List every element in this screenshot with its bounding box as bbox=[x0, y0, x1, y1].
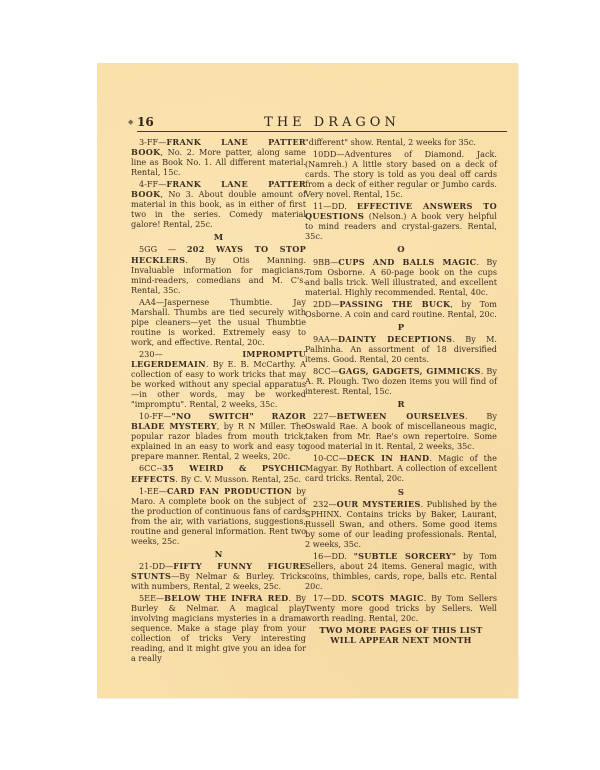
entry-code: 11—DD. bbox=[313, 201, 357, 211]
catalog-entry: 10DD—Adventures of Diamond. Jack. (Namre… bbox=[305, 149, 497, 199]
entry-description: "different" show. Rental, 2 weeks for 35… bbox=[305, 137, 476, 147]
entry-code: 16—DD. bbox=[313, 551, 354, 561]
catalog-entry: 230— IMPROMPTU LEGERDEMAIN. By E. B. McC… bbox=[131, 349, 306, 409]
magazine-page: ◆ 16 THE DRAGON 3-FF—FRANK LANE PATTER B… bbox=[97, 63, 518, 698]
section-letter: M bbox=[131, 233, 306, 243]
catalog-entry: 16—DD. "SUBTLE SORCERY" by Tom Sellers, … bbox=[305, 551, 497, 591]
entry-title: CARD FAN PRODUCTION bbox=[167, 486, 292, 496]
section-letter: P bbox=[305, 323, 497, 333]
entry-title: DAINTY DECEPTIONS bbox=[338, 334, 452, 344]
entry-title: BELOW THE INFRA RED bbox=[164, 593, 288, 603]
catalog-entry: 3-FF—FRANK LANE PATTER BOOK, No. 2. More… bbox=[131, 137, 306, 177]
entry-description: . By Burley & Nelmar. A magical play inv… bbox=[131, 593, 306, 663]
entry-title: OUR MYSTERIES bbox=[337, 499, 421, 509]
publication-title: THE DRAGON bbox=[137, 115, 507, 130]
entry-title: GAGS, GADGETS, GIMMICKS bbox=[339, 366, 481, 376]
catalog-entry: 17—DD. SCOTS MAGIC. By Tom Sellers Twent… bbox=[305, 593, 497, 623]
catalog-entry: 21-DD—FIFTY FUNNY FIGURE STUNTS—By Nelma… bbox=[131, 561, 306, 591]
entry-code: 5EE— bbox=[139, 593, 164, 603]
right-column: "different" show. Rental, 2 weeks for 35… bbox=[305, 137, 497, 645]
catalog-entry: 9BB—CUPS AND BALLS MAGIC. By Tom Osborne… bbox=[305, 257, 497, 297]
entry-code: 17—DD. bbox=[313, 593, 352, 603]
entry-title: PASSING THE BUCK bbox=[339, 299, 450, 309]
catalog-entry: AA4—Jaspernese Thumbtie. Jay Marshall. T… bbox=[131, 297, 306, 347]
entry-code: 3-FF— bbox=[139, 137, 166, 147]
section-letter: O bbox=[305, 245, 497, 255]
catalog-entry: 8CC—GAGS, GADGETS, GIMMICKS. By A. R. Pl… bbox=[305, 366, 497, 396]
entry-code: 8CC— bbox=[313, 366, 339, 376]
catalog-entry: 5EE—BELOW THE INFRA RED. By Burley & Nel… bbox=[131, 593, 306, 663]
entry-code: 1-EE— bbox=[139, 486, 167, 496]
entry-description: . By C. V. Musson. Rental, 25c. bbox=[175, 474, 301, 484]
catalog-entry: 10-FF—"NO SWITCH" RAZOR BLADE MYSTERY, b… bbox=[131, 411, 306, 461]
closing-notice: TWO MORE PAGES OF THIS LIST WILL APPEAR … bbox=[305, 625, 497, 645]
left-column: 3-FF—FRANK LANE PATTER BOOK, No. 2. More… bbox=[131, 137, 306, 665]
section-letter: N bbox=[131, 550, 306, 560]
entry-code: 9AA— bbox=[313, 334, 338, 344]
entry-code: 4-FF— bbox=[139, 179, 166, 189]
entry-code: 10DD— bbox=[313, 149, 345, 159]
catalog-entry: 232—OUR MYSTERIES. Published by the SPHI… bbox=[305, 499, 497, 549]
catalog-entry: 4-FF—FRANK LANE PATTER BOOK, No 3. About… bbox=[131, 179, 306, 229]
catalog-entry: 11—DD. EFFECTIVE ANSWERS TO QUESTIONS (N… bbox=[305, 201, 497, 241]
entry-code: 232— bbox=[313, 499, 337, 509]
entry-code: 10-FF— bbox=[139, 411, 171, 421]
entry-code: AA4— bbox=[139, 297, 164, 307]
entry-code: 2DD— bbox=[313, 299, 339, 309]
entry-title: DECK IN HAND bbox=[347, 453, 430, 463]
entry-code: 21-DD— bbox=[139, 561, 173, 571]
entry-code: 227— bbox=[313, 411, 337, 421]
entry-title: SCOTS MAGIC bbox=[352, 593, 424, 603]
page-header: ◆ 16 THE DRAGON bbox=[137, 115, 507, 132]
entry-code: 5GG — bbox=[139, 244, 187, 254]
entry-code: 230— bbox=[139, 349, 242, 359]
catalog-entry: 6CC--35 WEIRD & PSYCHIC EFFECTS. By C. V… bbox=[131, 463, 306, 483]
section-letter: S bbox=[305, 488, 497, 498]
catalog-entry: 9AA—DAINTY DECEPTIONS. By M. Palhinha. A… bbox=[305, 334, 497, 364]
catalog-entry: 1-EE—CARD FAN PRODUCTION by Maro. A comp… bbox=[131, 486, 306, 546]
section-letter: R bbox=[305, 400, 497, 410]
entry-code: 6CC-- bbox=[139, 463, 162, 473]
entry-title: CUPS AND BALLS MAGIC bbox=[338, 257, 476, 267]
bullet-mark-icon: ◆ bbox=[128, 118, 133, 126]
catalog-entry: 2DD—PASSING THE BUCK, by Tom Osborne. A … bbox=[305, 299, 497, 319]
entry-code: 9BB— bbox=[313, 257, 338, 267]
catalog-entry: "different" show. Rental, 2 weeks for 35… bbox=[305, 137, 497, 147]
entry-title: "SUBTLE SORCERY" bbox=[354, 551, 457, 561]
entry-code: 10-CC— bbox=[313, 453, 347, 463]
entry-title: BETWEEN OURSELVES bbox=[337, 411, 465, 421]
catalog-entry: 227—BETWEEN OURSELVES. By Oswald Rae. A … bbox=[305, 411, 497, 451]
catalog-entry: 10-CC—DECK IN HAND. Magic of the Magyar.… bbox=[305, 453, 497, 483]
catalog-entry: 5GG — 202 WAYS TO STOP HECKLERS. By Otis… bbox=[131, 244, 306, 294]
